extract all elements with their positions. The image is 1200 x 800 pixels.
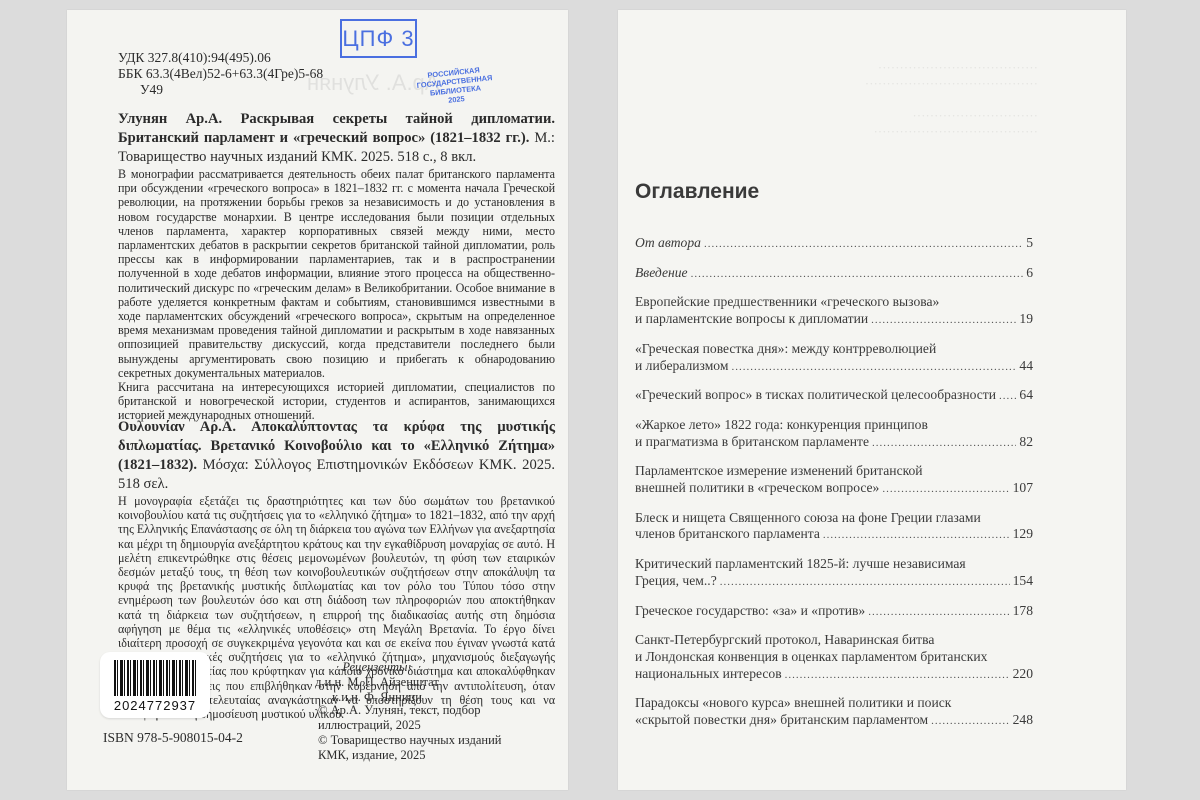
toc-entry-title: членов британского парламента	[635, 526, 820, 543]
toc-page-number: 248	[1013, 712, 1033, 729]
toc-page-number: 129	[1013, 526, 1033, 543]
isbn: ISBN 978-5-908015-04-2	[103, 730, 243, 746]
toc-entry-line: и Лондонская конвенция в оценках парламе…	[635, 649, 1033, 666]
toc-leader-dots	[868, 604, 1009, 621]
right-page-contents: ········································…	[618, 10, 1126, 790]
toc-entry-line: Введение6	[635, 265, 1033, 283]
russian-abstract: В монографии рассматривается деятельност…	[118, 167, 555, 380]
toc-entry-title: Греческое государство: «за» и «против»	[635, 603, 865, 620]
toc-entry-line: Греческое государство: «за» и «против»17…	[635, 603, 1033, 621]
toc-entry-line: «Греческий вопрос» в тисках политической…	[635, 387, 1033, 405]
cpf-stamp: ЦПФ 3	[340, 19, 417, 58]
toc-entry-title: Парадоксы «нового курса» внешней политик…	[635, 695, 951, 710]
toc-entry-title: Критический парламентский 1825-й: лучше …	[635, 556, 966, 571]
reviewers: Рецензенты: д.и.н. М. П. Айзенштат к.и.н…	[297, 660, 457, 705]
toc-entry-title: Греция, чем..?	[635, 573, 717, 590]
toc-page-number: 154	[1013, 573, 1033, 590]
toc-page-number: 107	[1013, 480, 1033, 497]
toc-leader-dots	[704, 236, 1023, 253]
toc-leader-dots	[871, 312, 1016, 329]
toc-entry-title: внешней политики в «греческом вопросе»	[635, 480, 879, 497]
toc-page-number: 19	[1019, 311, 1033, 328]
russian-title: Улунян Ар.А. Раскрывая секреты тайной ди…	[118, 111, 555, 146]
toc-leader-dots	[691, 266, 1024, 283]
udk-code: УДК 327.8(410):94(495).06	[118, 50, 323, 66]
toc-entry: Блеск и нищета Священного союза на фоне …	[635, 510, 1033, 544]
toc-entry-title: «Греческий вопрос» в тисках политической…	[635, 387, 996, 404]
toc-leader-dots	[731, 359, 1016, 376]
toc-page-number: 44	[1019, 358, 1033, 375]
toc-entry-title: Европейские предшественники «греческого …	[635, 294, 939, 309]
greek-citation: Ουλουνίαν Αρ.Α. Αποκαλύπτοντας τα κρύφα …	[118, 418, 555, 494]
classification-codes: УДК 327.8(410):94(495).06 ББК 63.3(4Вел)…	[118, 50, 323, 98]
toc-entry: Европейские предшественники «греческого …	[635, 294, 1033, 328]
toc-entry: «Греческая повестка дня»: между контррев…	[635, 341, 1033, 375]
toc-page-number: 82	[1019, 434, 1033, 451]
barcode-sticker: 2024772937	[100, 652, 210, 718]
toc-entry-line: членов британского парламента129	[635, 526, 1033, 544]
toc-entry: «Греческий вопрос» в тисках политической…	[635, 387, 1033, 405]
toc-entry: Введение6	[635, 265, 1033, 283]
toc-entry: «Жаркое лето» 1822 года: конкуренция при…	[635, 417, 1033, 451]
russian-citation: Улунян Ар.А. Раскрывая секреты тайной ди…	[118, 110, 555, 167]
barcode-icon	[114, 660, 198, 696]
toc-entry-line: внешней политики в «греческом вопросе»10…	[635, 480, 1033, 498]
toc-page-number: 5	[1026, 235, 1033, 252]
toc-entry-line: и либерализмом44	[635, 358, 1033, 376]
toc-entry-title: «Греческая повестка дня»: между контррев…	[635, 341, 936, 356]
toc-leader-dots	[785, 667, 1010, 684]
toc-leader-dots	[872, 435, 1016, 452]
toc-leader-dots	[720, 574, 1010, 591]
copyright-notice: © Ар.А. Улунян, текст, подбор иллюстраци…	[318, 703, 533, 763]
copyright-line: © Ар.А. Улунян, текст, подбор иллюстраци…	[318, 703, 533, 733]
toc-heading: Оглавление	[635, 180, 759, 204]
toc-entry-title: От автора	[635, 235, 701, 252]
toc-entry: Критический парламентский 1825-й: лучше …	[635, 556, 1033, 590]
toc-page-number: 64	[1019, 387, 1033, 404]
table-of-contents: От автора5Введение6Европейские предшеств…	[635, 235, 1033, 742]
russian-bibliographic-entry: Улунян Ар.А. Раскрывая секреты тайной ди…	[118, 110, 555, 423]
toc-entry-title: Парламентское измерение изменений британ…	[635, 463, 923, 478]
toc-entry-title: «Жаркое лето» 1822 года: конкуренция при…	[635, 417, 928, 432]
toc-leader-dots	[931, 713, 1009, 730]
toc-entry: Санкт-Петербургский протокол, Наваринска…	[635, 632, 1033, 683]
toc-entry-line: Европейские предшественники «греческого …	[635, 294, 1033, 311]
toc-entry-line: Критический парламентский 1825-й: лучше …	[635, 556, 1033, 573]
toc-entry: Парламентское измерение изменений британ…	[635, 463, 1033, 497]
author-mark: У49	[118, 82, 323, 98]
toc-entry-line: «Жаркое лето» 1822 года: конкуренция при…	[635, 417, 1033, 434]
toc-entry-line: Парламентское измерение изменений британ…	[635, 463, 1033, 480]
toc-entry-line: и парламентские вопросы к дипломатии19	[635, 311, 1033, 329]
toc-entry-title: «скрытой повестки дня» британским парлам…	[635, 712, 928, 729]
toc-entry-line: Блеск и нищета Священного союза на фоне …	[635, 510, 1033, 527]
barcode-number: 2024772937	[100, 698, 210, 713]
toc-entry-line: «Греческая повестка дня»: между контррев…	[635, 341, 1033, 358]
toc-entry-line: Греция, чем..?154	[635, 573, 1033, 591]
left-page-imprint: Ар.А. Улунян УДК 327.8(410):94(495).06 Б…	[67, 10, 568, 790]
toc-entry-line: От автора5	[635, 235, 1033, 253]
toc-entry-title: Блеск и нищета Священного союза на фоне …	[635, 510, 981, 525]
toc-entry-title: и либерализмом	[635, 358, 728, 375]
toc-entry-title: Санкт-Петербургский протокол, Наваринска…	[635, 632, 934, 647]
toc-entry-title: и парламентские вопросы к дипломатии	[635, 311, 868, 328]
reviewer-name: д.и.н. М. П. Айзенштат	[297, 675, 457, 690]
toc-entry-line: национальных интересов220	[635, 666, 1033, 684]
toc-entry-title: и Лондонская конвенция в оценках парламе…	[635, 649, 987, 664]
show-through-text: ········································…	[638, 60, 1038, 140]
toc-entry: Греческое государство: «за» и «против»17…	[635, 603, 1033, 621]
copyright-line: © Товарищество научных изданий КМК, изда…	[318, 733, 533, 763]
russian-audience: Книга рассчитана на интересующихся истор…	[118, 380, 555, 423]
toc-entry: От автора5	[635, 235, 1033, 253]
toc-entry-title: и прагматизма в британском парламенте	[635, 434, 869, 451]
bbk-code: ББК 63.3(4Вел)52-6+63.3(4Гре)5-68	[118, 66, 323, 82]
toc-page-number: 220	[1013, 666, 1033, 683]
toc-leader-dots	[999, 388, 1016, 405]
toc-entry-line: «скрытой повестки дня» британским парлам…	[635, 712, 1033, 730]
toc-entry-title: Введение	[635, 265, 688, 282]
reviewers-heading: Рецензенты:	[297, 660, 457, 675]
toc-entry-line: Парадоксы «нового курса» внешней политик…	[635, 695, 1033, 712]
toc-entry-title: национальных интересов	[635, 666, 782, 683]
toc-entry: Парадоксы «нового курса» внешней политик…	[635, 695, 1033, 729]
toc-entry-line: Санкт-Петербургский протокол, Наваринска…	[635, 632, 1033, 649]
toc-page-number: 178	[1013, 603, 1033, 620]
toc-page-number: 6	[1026, 265, 1033, 282]
toc-leader-dots	[882, 481, 1009, 498]
toc-entry-line: и прагматизма в британском парламенте82	[635, 434, 1033, 452]
toc-leader-dots	[823, 527, 1010, 544]
